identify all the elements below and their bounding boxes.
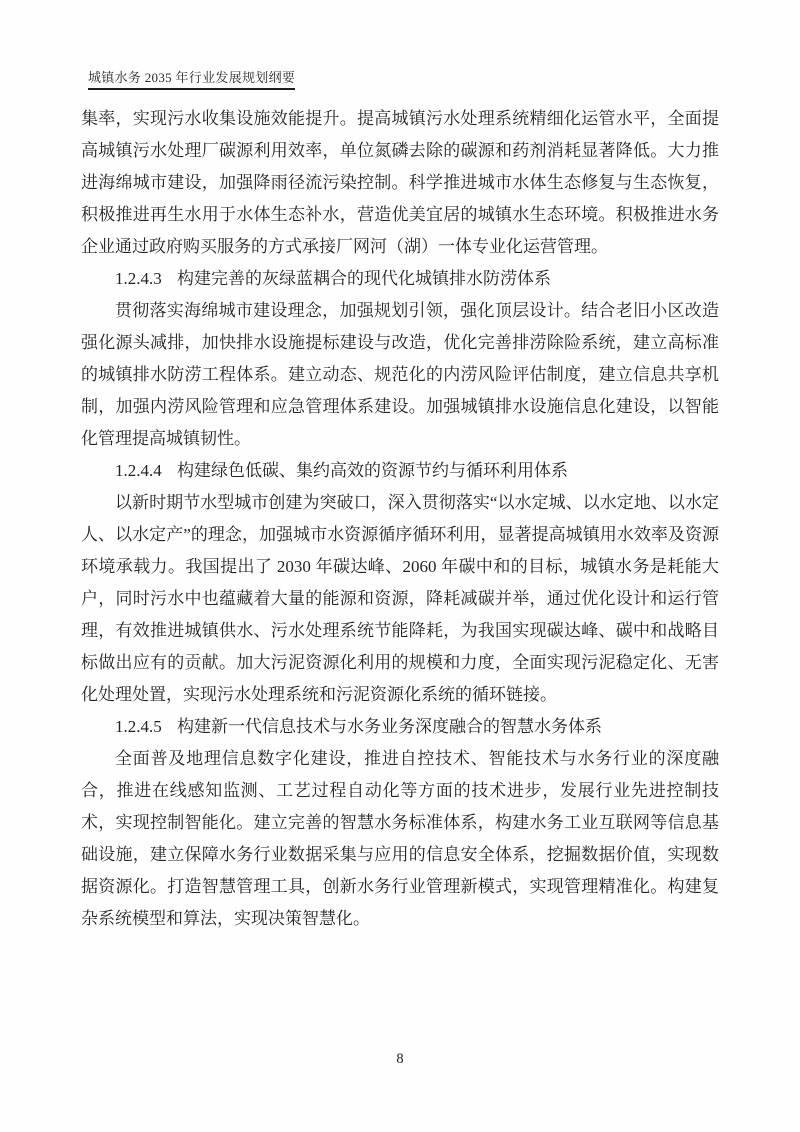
heading-title: 构建完善的灰绿蓝耦合的现代化城镇排水防涝体系 (177, 269, 551, 288)
heading-title: 构建新一代信息技术与水务业务深度融合的智慧水务体系 (177, 717, 602, 736)
heading-number: 1.2.4.3 (115, 269, 162, 288)
heading-title: 构建绿色低碳、集约高效的资源节约与循环利用体系 (177, 461, 568, 480)
heading-number: 1.2.4.5 (115, 717, 162, 736)
paragraph-continuation: 集率，实现污水收集设施效能提升。提高城镇污水处理系统精细化运管水平，全面提高城镇… (81, 103, 719, 263)
header-title: 城镇水务 2035 年行业发展规划纲要 (88, 70, 295, 85)
page-header: 城镇水务 2035 年行业发展规划纲要 (88, 69, 295, 90)
section-paragraph-1-2-4-3: 贯彻落实海绵城市建设理念，加强规划引领，强化顶层设计。结合老旧小区改造强化源头减… (81, 295, 719, 455)
section-paragraph-1-2-4-5: 全面普及地理信息数字化建设，推进自控技术、智能技术与水务行业的深度融合，推进在线… (81, 743, 719, 935)
section-heading-1-2-4-3: 1.2.4.3构建完善的灰绿蓝耦合的现代化城镇排水防涝体系 (81, 263, 719, 295)
document-page: 城镇水务 2035 年行业发展规划纲要 集率，实现污水收集设施效能提升。提高城镇… (0, 0, 800, 1132)
page-number: 8 (396, 1051, 403, 1067)
section-paragraph-1-2-4-4: 以新时期节水型城市创建为突破口，深入贯彻落实“以水定城、以水定地、以水定人、以水… (81, 487, 719, 711)
page-footer: 8 (0, 1051, 800, 1068)
section-heading-1-2-4-4: 1.2.4.4构建绿色低碳、集约高效的资源节约与循环利用体系 (81, 455, 719, 487)
heading-number: 1.2.4.4 (115, 461, 162, 480)
document-body: 集率，实现污水收集设施效能提升。提高城镇污水处理系统精细化运管水平，全面提高城镇… (81, 103, 719, 935)
section-heading-1-2-4-5: 1.2.4.5构建新一代信息技术与水务业务深度融合的智慧水务体系 (81, 711, 719, 743)
